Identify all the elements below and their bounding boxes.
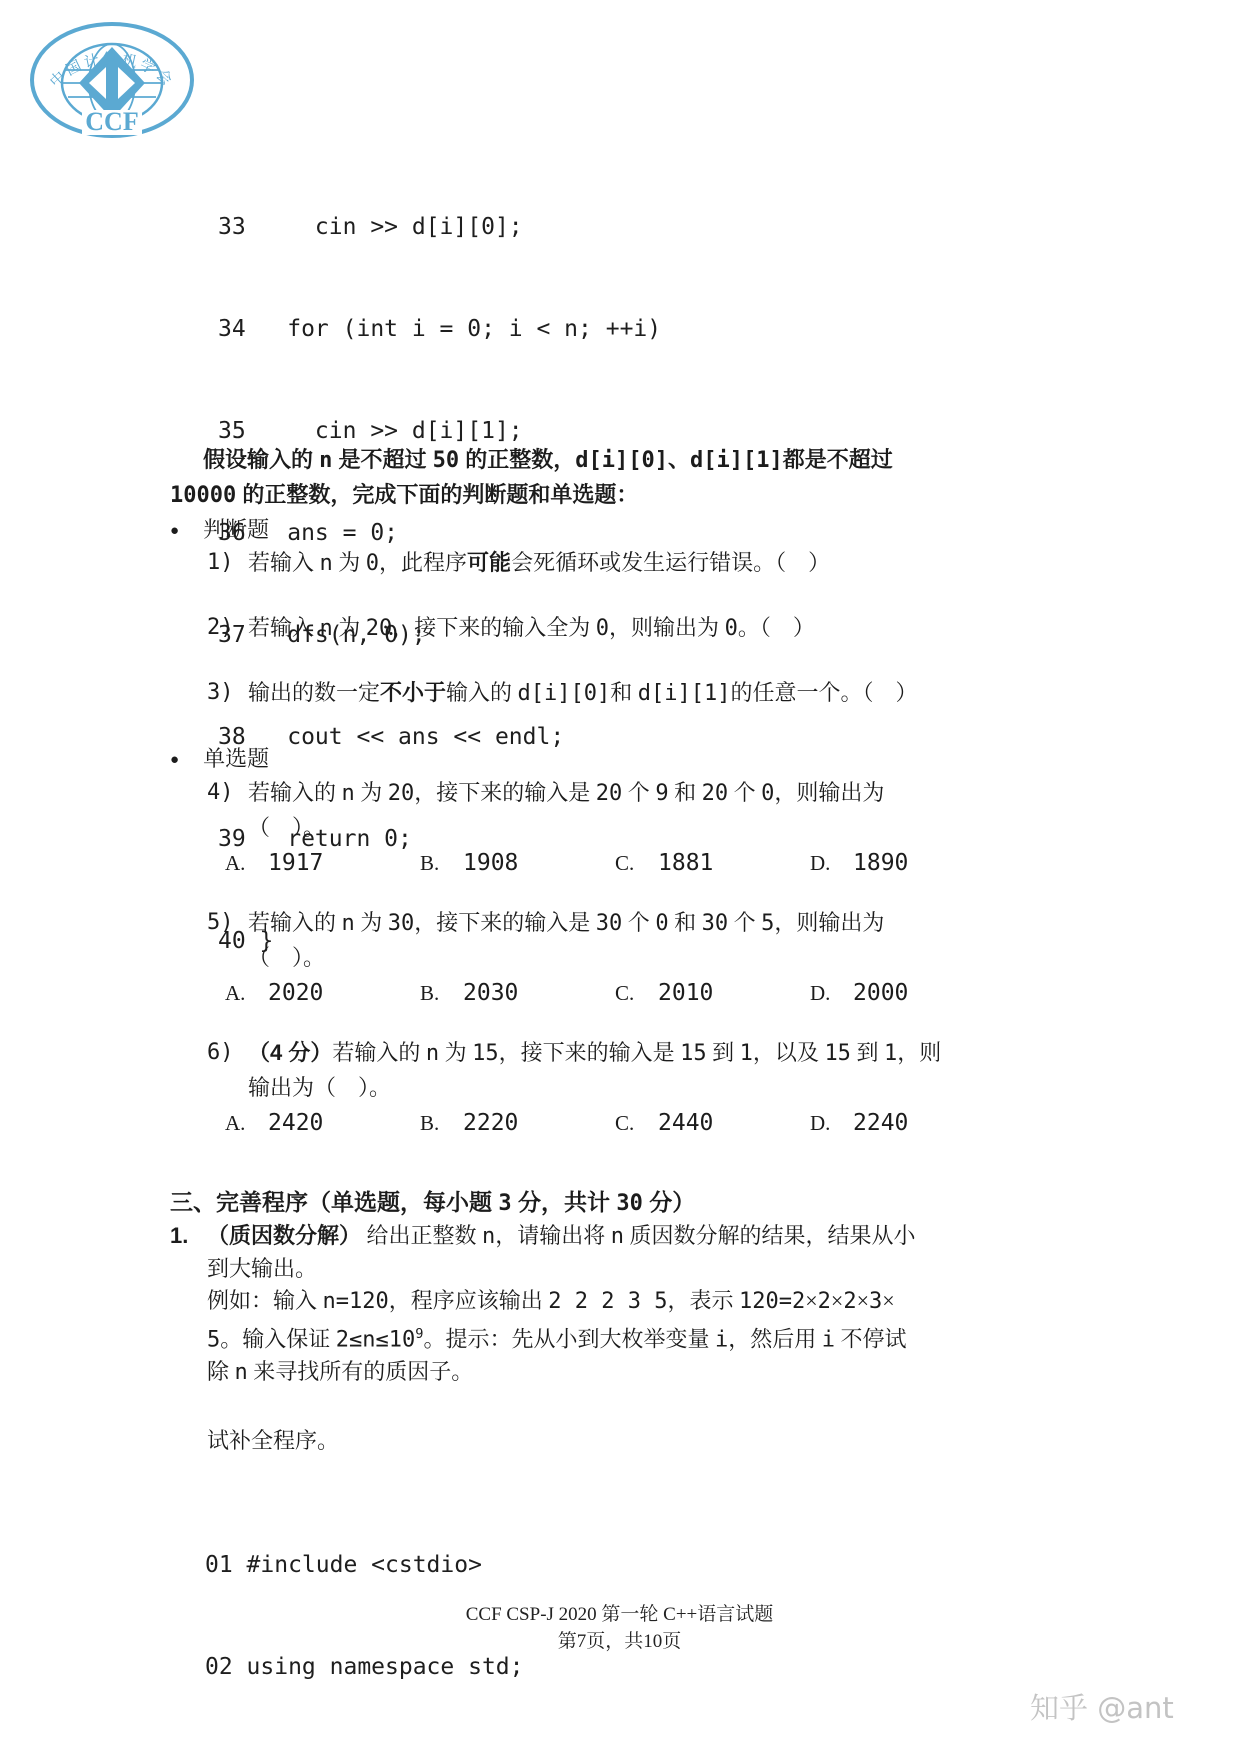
options-row-6: A.2420 B.2220 C.2440 D.2240 <box>225 1108 1005 1138</box>
problem-1: 1. （质因数分解） 给出正整数 n，请输出将 n 质因数分解的结果，结果从小 … <box>170 1220 1120 1389</box>
choice-section-header: ●单选题 <box>170 742 269 777</box>
option-a: A.2020 <box>225 978 420 1008</box>
question-number: 1) <box>207 546 234 580</box>
code-line: 36 ans = 0; <box>218 516 661 550</box>
footer-title: CCF CSP-J 2020 第一轮 C++语言试题 <box>0 1601 1239 1628</box>
intro-line: 10000 的正整数，完成下面的判断题和单选题： <box>170 478 1100 513</box>
exam-paper-page: 中国计算机学会 CCF 33 cin >> d[i][0]; 34 for (i… <box>0 0 1239 1754</box>
problem-line: （质因数分解） 给出正整数 n，请输出将 n 质因数分解的结果，结果从小 <box>170 1220 1120 1253</box>
option-value: 2030 <box>463 978 518 1008</box>
bullet-icon: ● <box>170 743 179 777</box>
code-line: 38 cout << ans << endl; <box>218 720 661 754</box>
option-letter: C. <box>615 978 658 1008</box>
option-c: C.1881 <box>615 848 810 878</box>
question-text: 若输入 n 为 20，接下来的输入全为 0，则输出为 0。（ ） <box>170 611 1120 646</box>
option-letter: D. <box>810 848 853 878</box>
judge-question-2: 2) 若输入 n 为 20，接下来的输入全为 0，则输出为 0。（ ） <box>170 611 1120 646</box>
ccf-logo-graphic: 中国计算机学会 CCF <box>28 20 196 140</box>
code-listing-top: 33 cin >> d[i][0]; 34 for (int i = 0; i … <box>218 142 661 1026</box>
option-letter: C. <box>615 1108 658 1138</box>
option-value: 2440 <box>658 1108 713 1138</box>
bullet-icon: ● <box>170 514 179 548</box>
problem-line: 例如：输入 n=120，程序应该输出 2 2 2 3 5，表示 120=2×2×… <box>170 1285 1120 1318</box>
option-d: D.1890 <box>810 848 1005 878</box>
option-letter: B. <box>420 848 463 878</box>
choice-question-5: 5) 若输入的 n 为 30，接下来的输入是 30 个 0 和 30 个 5，则… <box>170 906 1120 975</box>
option-letter: A. <box>225 978 268 1008</box>
option-b: B.1908 <box>420 848 615 878</box>
option-letter: B. <box>420 1108 463 1138</box>
problem-line: 除 n 来寻找所有的质因子。 <box>170 1356 1120 1389</box>
option-value: 1890 <box>853 848 908 878</box>
code-line: 34 for (int i = 0; i < n; ++i) <box>218 312 661 346</box>
judge-section-label: 判断题 <box>203 517 269 542</box>
judge-section-header: ●判断题 <box>170 513 269 548</box>
try-complete-text: 试补全程序。 <box>207 1424 339 1455</box>
footer-page-number: 第7页，共10页 <box>0 1628 1239 1655</box>
question-number: 6) <box>207 1036 234 1070</box>
intro-paragraph: 假设输入的 n 是不超过 50 的正整数，d[i][0]、d[i][1]都是不超… <box>170 443 1100 513</box>
options-row-5: A.2020 B.2030 C.2010 D.2000 <box>225 978 1005 1008</box>
question-number: 3) <box>207 676 234 710</box>
option-value: 2240 <box>853 1108 908 1138</box>
code-line: 01 #include <cstdio> <box>205 1548 524 1582</box>
question-number: 2) <box>207 611 234 645</box>
choice-question-6: 6) （4 分）若输入的 n 为 15，接下来的输入是 15 到 1，以及 15… <box>170 1036 1120 1105</box>
judge-question-3: 3) 输出的数一定不小于输入的 d[i][0]和 d[i][1]的任意一个。（ … <box>170 676 1120 711</box>
question-text: 若输入的 n 为 20，接下来的输入是 20 个 9 和 20 个 0，则输出为 <box>170 776 1120 811</box>
options-row-4: A.1917 B.1908 C.1881 D.1890 <box>225 848 1005 878</box>
option-d: D.2240 <box>810 1108 1005 1138</box>
option-c: C.2010 <box>615 978 810 1008</box>
option-b: B.2220 <box>420 1108 615 1138</box>
option-value: 2220 <box>463 1108 518 1138</box>
question-text: 若输入 n 为 0，此程序可能会死循环或发生运行错误。（ ） <box>170 546 1120 581</box>
question-text: 输出为（ ）。 <box>170 1071 1120 1105</box>
option-letter: C. <box>615 848 658 878</box>
option-letter: D. <box>810 1108 853 1138</box>
option-value: 1908 <box>463 848 518 878</box>
option-a: A.1917 <box>225 848 420 878</box>
option-letter: A. <box>225 1108 268 1138</box>
question-text: （ ）。 <box>170 811 1120 845</box>
question-text: 输出的数一定不小于输入的 d[i][0]和 d[i][1]的任意一个。（ ） <box>170 676 1120 711</box>
watermark: 知乎 @ant <box>1030 1686 1174 1727</box>
choice-section-label: 单选题 <box>203 746 269 771</box>
option-value: 1917 <box>268 848 323 878</box>
question-text: 若输入的 n 为 30，接下来的输入是 30 个 0 和 30 个 5，则输出为 <box>170 906 1120 941</box>
section-heading: 三、完善程序（单选题，每小题 3 分，共计 30 分） <box>170 1185 695 1221</box>
option-c: C.2440 <box>615 1108 810 1138</box>
intro-line: 假设输入的 n 是不超过 50 的正整数，d[i][0]、d[i][1]都是不超… <box>170 443 1100 478</box>
page-footer: CCF CSP-J 2020 第一轮 C++语言试题 第7页，共10页 <box>0 1601 1239 1655</box>
option-letter: B. <box>420 978 463 1008</box>
code-line: 02 using namespace std; <box>205 1650 524 1684</box>
judge-question-1: 1) 若输入 n 为 0，此程序可能会死循环或发生运行错误。（ ） <box>170 546 1120 581</box>
option-value: 2000 <box>853 978 908 1008</box>
option-value: 2020 <box>268 978 323 1008</box>
question-number: 5) <box>207 906 234 940</box>
option-b: B.2030 <box>420 978 615 1008</box>
option-value: 2420 <box>268 1108 323 1138</box>
question-text: （4 分）若输入的 n 为 15，接下来的输入是 15 到 1，以及 15 到 … <box>170 1036 1120 1071</box>
logo-abbr: CCF <box>85 107 138 136</box>
option-d: D.2000 <box>810 978 1005 1008</box>
option-letter: A. <box>225 848 268 878</box>
question-text: （ ）。 <box>170 941 1120 975</box>
option-value: 1881 <box>658 848 713 878</box>
option-letter: D. <box>810 978 853 1008</box>
problem-number: 1. <box>170 1220 188 1252</box>
code-line: 33 cin >> d[i][0]; <box>218 210 661 244</box>
choice-question-4: 4) 若输入的 n 为 20，接下来的输入是 20 个 9 和 20 个 0，则… <box>170 776 1120 845</box>
problem-line: 到大输出。 <box>170 1253 1120 1285</box>
option-a: A.2420 <box>225 1108 420 1138</box>
ccf-logo: 中国计算机学会 CCF <box>28 20 196 140</box>
problem-line: 5。输入保证 2≤n≤109。提示：先从小到大枚举变量 i，然后用 i 不停试 <box>170 1318 1120 1356</box>
option-value: 2010 <box>658 978 713 1008</box>
question-number: 4) <box>207 776 234 810</box>
